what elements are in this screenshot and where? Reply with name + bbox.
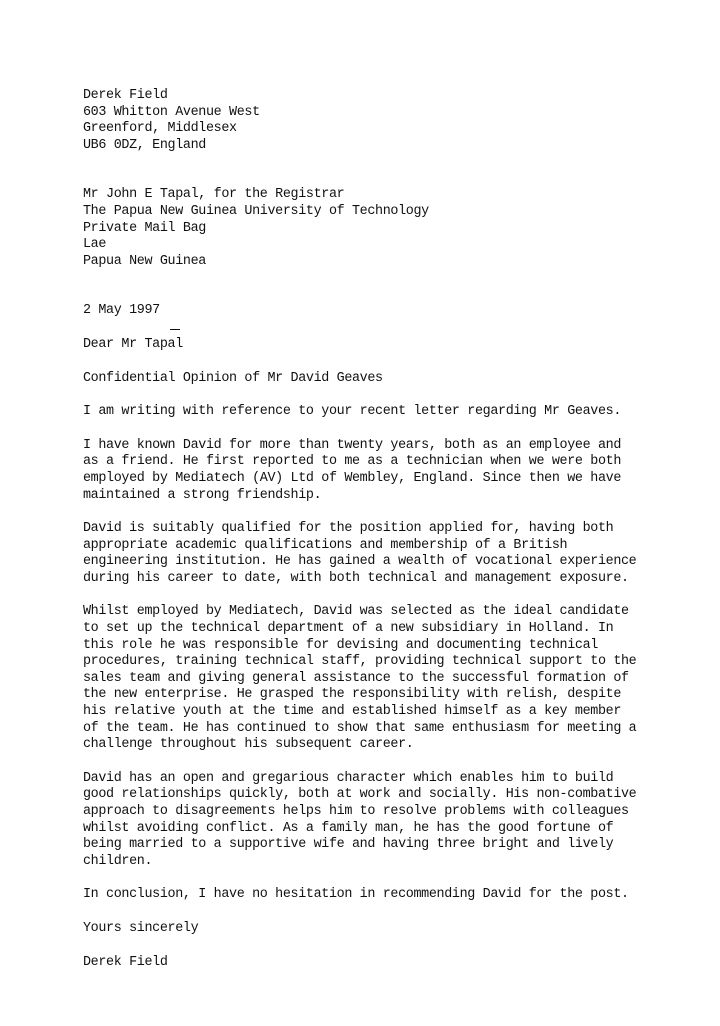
paragraph-line: Whilst employed by Mediatech, David was …: [83, 604, 703, 621]
paragraph-line: engineering institution. He has gained a…: [83, 554, 703, 571]
paragraph-line: procedures, training technical staff, pr…: [83, 654, 703, 671]
recipient-institution: The Papua New Guinea University of Techn…: [83, 204, 703, 221]
salutation: Dear Mr Tapal: [83, 337, 703, 354]
sender-town: Greenford, Middlesex: [83, 121, 703, 138]
body-paragraph: David has an open and gregarious charact…: [83, 771, 703, 871]
recipient-country: Papua New Guinea: [83, 254, 703, 271]
body-paragraph: I am writing with reference to your rece…: [83, 404, 703, 421]
stray-pen-mark: [170, 329, 180, 330]
letter-date: 2 May 1997: [83, 303, 703, 320]
paragraph-line: of the team. He has continued to show th…: [83, 721, 703, 738]
signature: Derek Field: [83, 955, 703, 972]
sender-address: Derek Field 603 Whitton Avenue West Gree…: [83, 88, 703, 154]
subject-text: Confidential Opinion of Mr David Geaves: [83, 371, 703, 388]
sender-postcode: UB6 0DZ, England: [83, 138, 703, 155]
paragraph-line: sales team and giving general assistance…: [83, 671, 703, 688]
paragraph-line: during his career to date, with both tec…: [83, 571, 703, 588]
body-paragraph: David is suitably qualified for the posi…: [83, 521, 703, 587]
closing-text: Yours sincerely: [83, 921, 703, 938]
paragraph-line: I have known David for more than twenty …: [83, 438, 703, 455]
sender-street: 603 Whitton Avenue West: [83, 105, 703, 122]
paragraph-line: the new enterprise. He grasped the respo…: [83, 687, 703, 704]
body-paragraph: In conclusion, I have no hesitation in r…: [83, 887, 703, 904]
closing: Yours sincerely: [83, 921, 703, 938]
recipient-mailbag: Private Mail Bag: [83, 221, 703, 238]
paragraph-line: employed by Mediatech (AV) Ltd of Wemble…: [83, 471, 703, 488]
paragraph-line: In conclusion, I have no hesitation in r…: [83, 887, 703, 904]
letter-page: Derek Field 603 Whitton Avenue West Gree…: [83, 88, 703, 971]
paragraph-line: whilst avoiding conflict. As a family ma…: [83, 821, 703, 838]
subject-line: Confidential Opinion of Mr David Geaves: [83, 371, 703, 388]
sender-name: Derek Field: [83, 88, 703, 105]
recipient-city: Lae: [83, 237, 703, 254]
paragraph-line: this role he was responsible for devisin…: [83, 638, 703, 655]
paragraph-line: to set up the technical department of a …: [83, 621, 703, 638]
date-text: 2 May 1997: [83, 303, 703, 320]
paragraph-line: children.: [83, 854, 703, 871]
recipient-name: Mr John E Tapal, for the Registrar: [83, 187, 703, 204]
recipient-address: Mr John E Tapal, for the Registrar The P…: [83, 187, 703, 270]
body-paragraph: I have known David for more than twenty …: [83, 438, 703, 504]
salutation-text: Dear Mr Tapal: [83, 337, 703, 354]
paragraph-line: being married to a supportive wife and h…: [83, 837, 703, 854]
paragraph-line: I am writing with reference to your rece…: [83, 404, 703, 421]
paragraph-line: David is suitably qualified for the posi…: [83, 521, 703, 538]
paragraph-line: appropriate academic qualifications and …: [83, 538, 703, 555]
signature-text: Derek Field: [83, 955, 703, 972]
paragraph-line: good relationships quickly, both at work…: [83, 787, 703, 804]
letter-body: I am writing with reference to your rece…: [83, 404, 703, 904]
body-paragraph: Whilst employed by Mediatech, David was …: [83, 604, 703, 753]
paragraph-line: maintained a strong friendship.: [83, 488, 703, 505]
paragraph-line: his relative youth at the time and estab…: [83, 704, 703, 721]
paragraph-line: David has an open and gregarious charact…: [83, 771, 703, 788]
paragraph-line: as a friend. He first reported to me as …: [83, 454, 703, 471]
paragraph-line: challenge throughout his subsequent care…: [83, 737, 703, 754]
paragraph-line: approach to disagreements helps him to r…: [83, 804, 703, 821]
